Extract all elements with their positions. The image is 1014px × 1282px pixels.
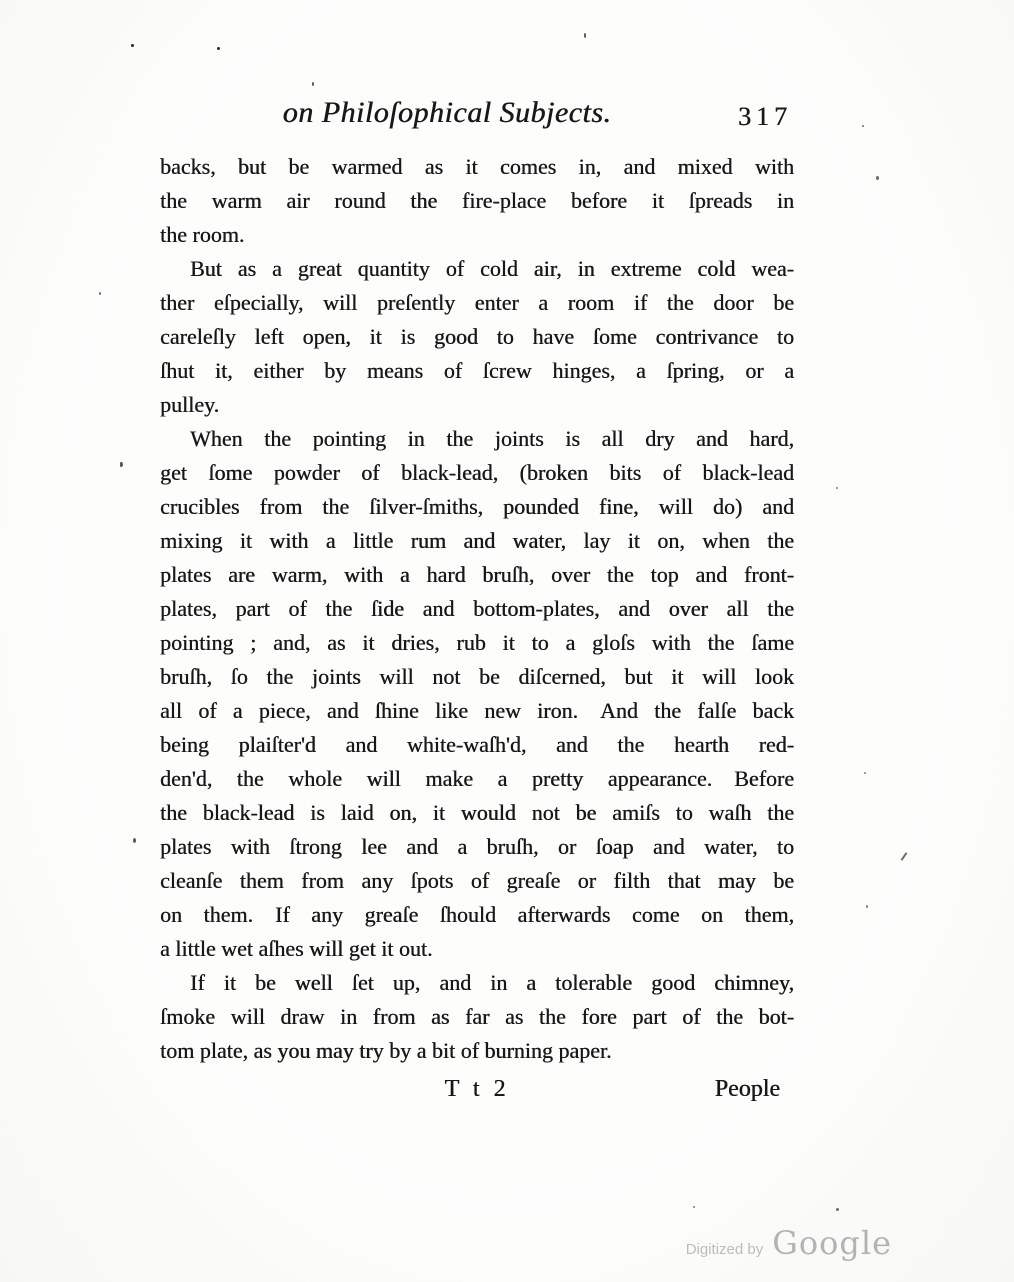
text-line: ſhut it, either by means of ſcrew hinges…: [160, 354, 794, 388]
text-line: ther eſpecially, will preſently enter a …: [160, 286, 794, 320]
body-text: backs, but be warmed as it comes in, and…: [160, 150, 794, 1068]
catchword: People: [715, 1076, 780, 1103]
scan-speck: [217, 47, 220, 50]
scan-speck: [693, 1206, 695, 1208]
text-line: the black-lead is laid on, it would not …: [160, 796, 794, 830]
text-line: But as a great quantity of cold air, in …: [160, 252, 794, 286]
text-line: a little wet aſhes will get it out.: [160, 932, 794, 966]
scan-speck: [133, 838, 136, 843]
scan-speck: [864, 772, 866, 774]
scan-speck: [584, 33, 586, 38]
scan-speck: [901, 852, 908, 861]
scan-speck: [836, 1208, 839, 1211]
watermark-prefix: Digitized by: [686, 1241, 764, 1258]
text-line: plates are warm, with a hard bruſh, over…: [160, 558, 794, 592]
scan-speck: [866, 905, 868, 908]
text-line: bruſh, ſo the joints will not be diſcern…: [160, 660, 794, 694]
page-header: on Philoſophical Subjects. 317: [160, 96, 794, 140]
text-line: mixing it with a little rum and water, l…: [160, 524, 794, 558]
text-line: tom plate, as you may try by a bit of bu…: [160, 1034, 794, 1068]
text-line: cleanſe them from any ſpots of greaſe or…: [160, 864, 794, 898]
scan-speck: [876, 176, 879, 180]
google-logo: Google: [772, 1224, 892, 1262]
text-line: being plaiſter'd and white-waſh'd, and t…: [160, 728, 794, 762]
scan-speck: [131, 44, 134, 47]
text-line: den'd, the whole will make a pretty appe…: [160, 762, 794, 796]
text-line: on them. If any greaſe ſhould afterwards…: [160, 898, 794, 932]
scan-speck: [312, 82, 314, 86]
digitized-by-google-watermark: Digitized by Google: [686, 1224, 892, 1262]
text-line: crucibles from the ſilver-ſmiths, pounde…: [160, 490, 794, 524]
scanned-book-page: on Philoſophical Subjects. 317 backs, bu…: [0, 0, 1014, 1282]
text-line: pointing ; and, as it dries, rub it to a…: [160, 626, 794, 660]
text-line: backs, but be warmed as it comes in, and…: [160, 150, 794, 184]
page-number: 317: [738, 102, 792, 132]
text-line: all of a piece, and ſhine like new iron.…: [160, 694, 794, 728]
text-line: ſmoke will draw in from as far as the fo…: [160, 1000, 794, 1034]
signature-mark: T t 2: [160, 1076, 794, 1103]
page-footer: T t 2 People: [160, 1076, 794, 1112]
text-line: the room.: [160, 218, 794, 252]
text-line: careleſly left open, it is good to have …: [160, 320, 794, 354]
text-line: the warm air round the fire-place before…: [160, 184, 794, 218]
running-title: on Philoſophical Subjects.: [160, 96, 734, 130]
text-line: When the pointing in the joints is all d…: [160, 422, 794, 456]
text-line: plates, part of the ſide and bottom-plat…: [160, 592, 794, 626]
text-line: plates with ſtrong lee and a bruſh, or ſ…: [160, 830, 794, 864]
scan-speck: [99, 292, 101, 295]
text-line: If it be well ſet up, and in a tolerable…: [160, 966, 794, 1000]
text-line: pulley.: [160, 388, 794, 422]
text-line: get ſome powder of black-lead, (broken b…: [160, 456, 794, 490]
scan-speck: [862, 125, 864, 127]
scan-speck: [836, 487, 838, 489]
scan-speck: [120, 462, 123, 467]
